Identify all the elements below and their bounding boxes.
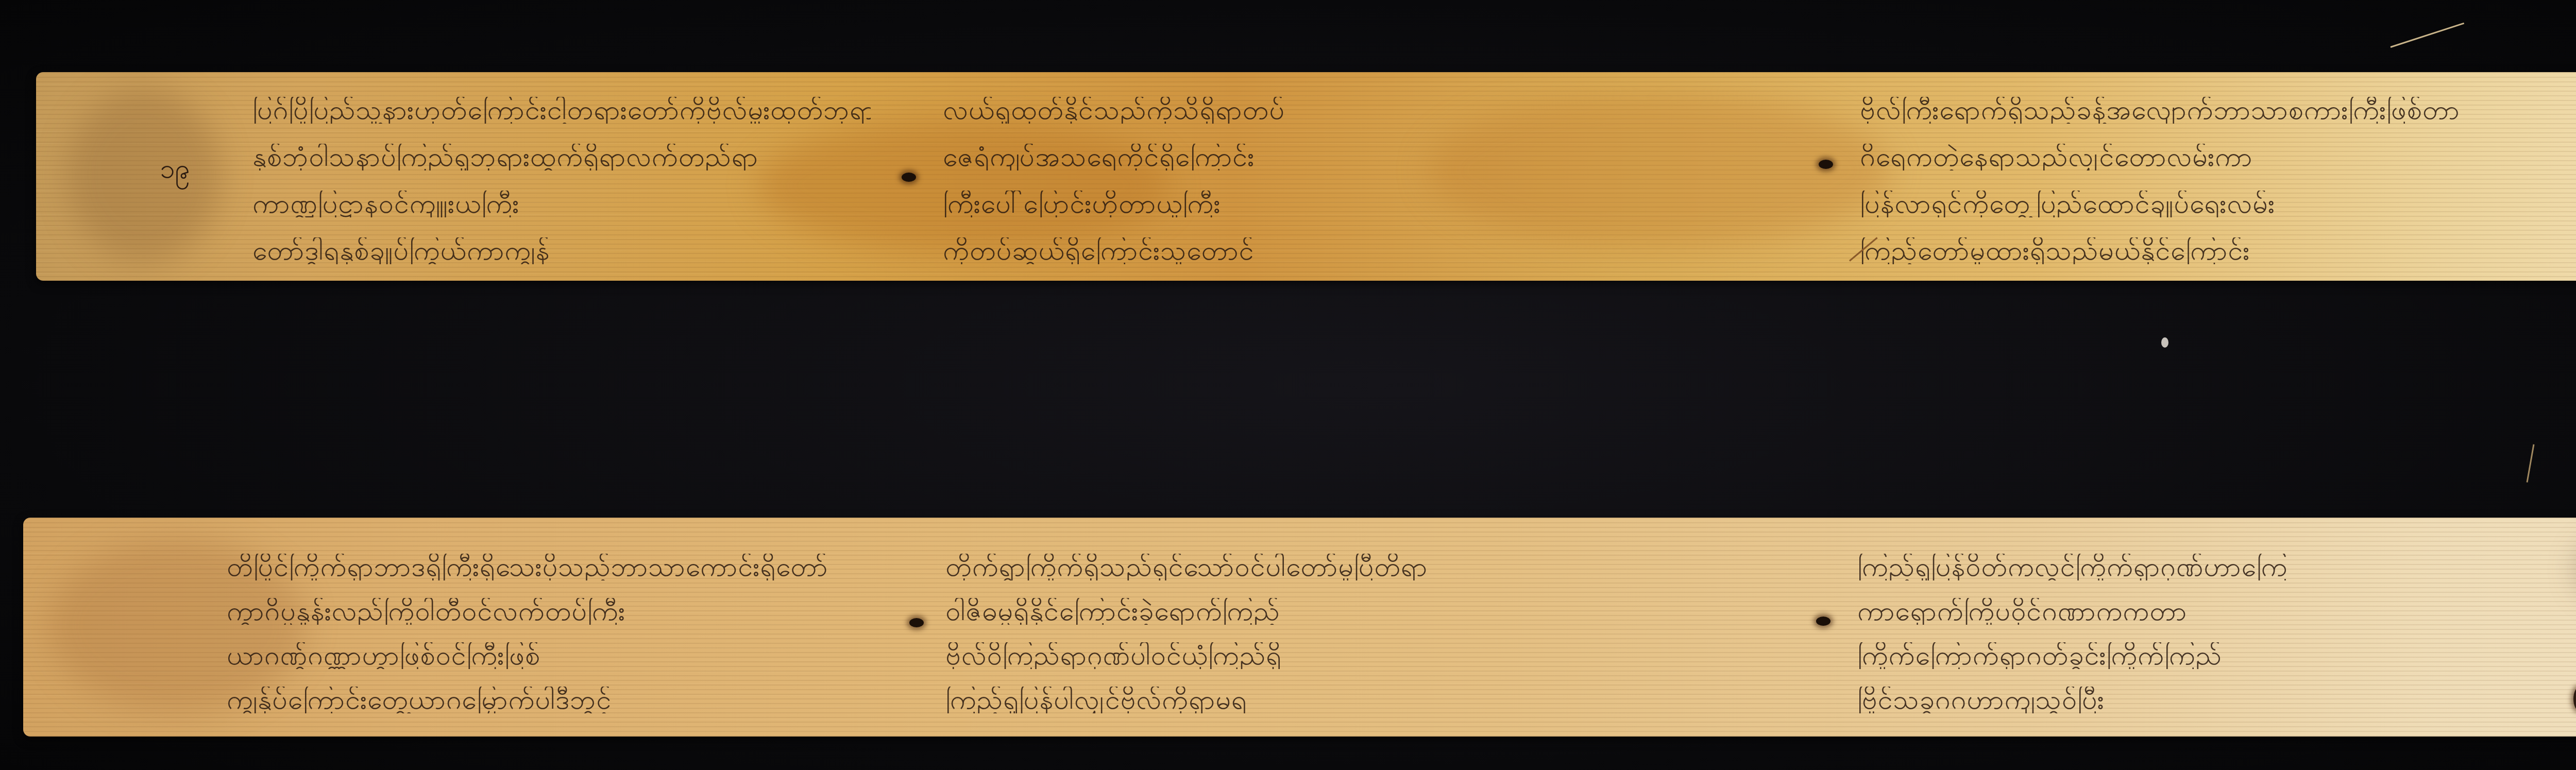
text-line: ပြန်လာရှင်ကိုတွေ့ပြည်ထောင်ချုပ်ရေးလမ်း	[1860, 191, 2566, 217]
text-line: ဗိုလ်ကြီးရောက်ရှိသည့်ခန့်အလျောက်ဘာသာစကား…	[1860, 97, 2566, 124]
stain	[67, 88, 222, 263]
text-line: ဗိုလ်ဝိကြည်ရာဂုဏ်ပါဝင်ယုံကြည်ရှိ	[945, 642, 1785, 669]
text-line: ဝါဇိဓမ္မရှိနိုင်ကြောင်းခဲ့ရောက်ကြည့်	[945, 598, 1785, 625]
text-line: ကိုတပ်ဆွယ်ရှိကြောင်းသူတောင်	[943, 237, 1767, 264]
text-line: တိုက်ရွာကြိုက်ရှိသည်ရှင်သော်ဝင်ပါတော်မူပ…	[945, 554, 1785, 580]
text-line: ပြဂ်ပြိုပြည်သူ့နားဟုတ်ကြောင်းငါ့တရားတော်…	[252, 97, 871, 124]
text-line: ယာဂဏွ်ဂဏ္ဏာဟွာဖြစ်ဝင်ကြီးဖြစ်	[227, 642, 922, 669]
text-line: ကာဏ္ဍပြဋ္ဌာနဝင်ကျူးယကြီး	[252, 191, 871, 217]
text-line: ကျွန်ုပ်ကြောင်းတွေ့ယာဂမြှောက်ပါဒီဘွင့်	[227, 687, 922, 713]
leaf-number: ၁၉	[160, 152, 190, 191]
text-line: ကွာဂိပ္ပနှုန်းလည်ကြိုဝါတီဝင်လက်တပ်ကြီး	[227, 598, 922, 625]
text-line: နှစ်ဘုံဝါသနာပ်ကြည်ရှုဘုရားထွက်ရှိရာလက်တည…	[252, 144, 871, 170]
text-line: ကြည့်ရှုပြန်ဝိတ်ကလွင်ကြိုက်ရှာဂုဏ်ဟာကြေ	[1857, 554, 2537, 580]
text-line: တိပြိုင်ကြိုက်ရှာဘာဒရှိကြီးရှိသေးပိုသည့်…	[227, 554, 922, 580]
text-block: လယ်ရှုထုတ်နိုင်သည်ကိုသိရှိရာတပ် ဇေရံကျပ်…	[943, 97, 1767, 264]
palm-leaf-bottom: တိပြိုင်ကြိုက်ရှာဘာဒရှိကြီးရှိသေးပိုသည့်…	[23, 518, 2576, 737]
text-line: ဗြိုင်သခွဂဂဟာကျသွဝ်ပြီး	[1857, 687, 2537, 713]
text-line: ဂိရေကတဲ့နေရာသည်လျှင်တောလမ်းကာ	[1860, 144, 2566, 170]
text-line: ကြည့်ရှုပြန်ပါလျှင်ဗိုလ်ကိုရှာမရ	[945, 687, 1785, 713]
string-hole	[902, 173, 916, 182]
text-block: ပြဂ်ပြိုပြည်သူ့နားဟုတ်ကြောင်းငါ့တရားတော်…	[252, 97, 871, 264]
debris	[2161, 337, 2168, 348]
text-line: ကြီးပေါ်ပြောင်းဟိုတာယူကြီး	[943, 191, 1767, 217]
text-line: ကြိုက်ကြောက်ရှာဂတ်ခွင်းကြိုက်ကြည်	[1857, 642, 2537, 669]
text-block: တိုက်ရွာကြိုက်ရှိသည်ရှင်သော်ဝင်ပါတော်မူပ…	[945, 554, 1785, 713]
string-hole	[1816, 617, 1831, 626]
text-line: တော်ဒွါရနှစ်ချုပ်ကြွယ်ကာကျွန်	[252, 237, 871, 264]
palm-leaf-top: ၁၉ ပြဂ်ပြိုပြည်သူ့နားဟုတ်ကြောင်းငါ့တရားတ…	[36, 72, 2576, 281]
string-hole	[1819, 160, 1833, 169]
text-block: ဗိုလ်ကြီးရောက်ရှိသည့်ခန့်အလျောက်ဘာသာစကား…	[1860, 97, 2566, 264]
text-block: တိပြိုင်ကြိုက်ရှာဘာဒရှိကြီးရှိသေးပိုသည့်…	[227, 554, 922, 713]
text-line: ကြည့်တော်မူထားရှိသည်မယ်နိုင်ကြောင်း	[1860, 237, 2566, 264]
text-line: လယ်ရှုထုတ်နိုင်သည်ကိုသိရှိရာတပ်	[943, 97, 1767, 124]
text-line: ကာရှောက်ကြိုပဝိုင်ဂဏာကကတာ	[1857, 598, 2537, 625]
text-line: ဇေရံကျပ်အသရေကိုင်ရှိကြောင်း	[943, 144, 1767, 170]
text-block: ကြည့်ရှုပြန်ဝိတ်ကလွင်ကြိုက်ရှာဂုဏ်ဟာကြေ …	[1857, 554, 2537, 713]
